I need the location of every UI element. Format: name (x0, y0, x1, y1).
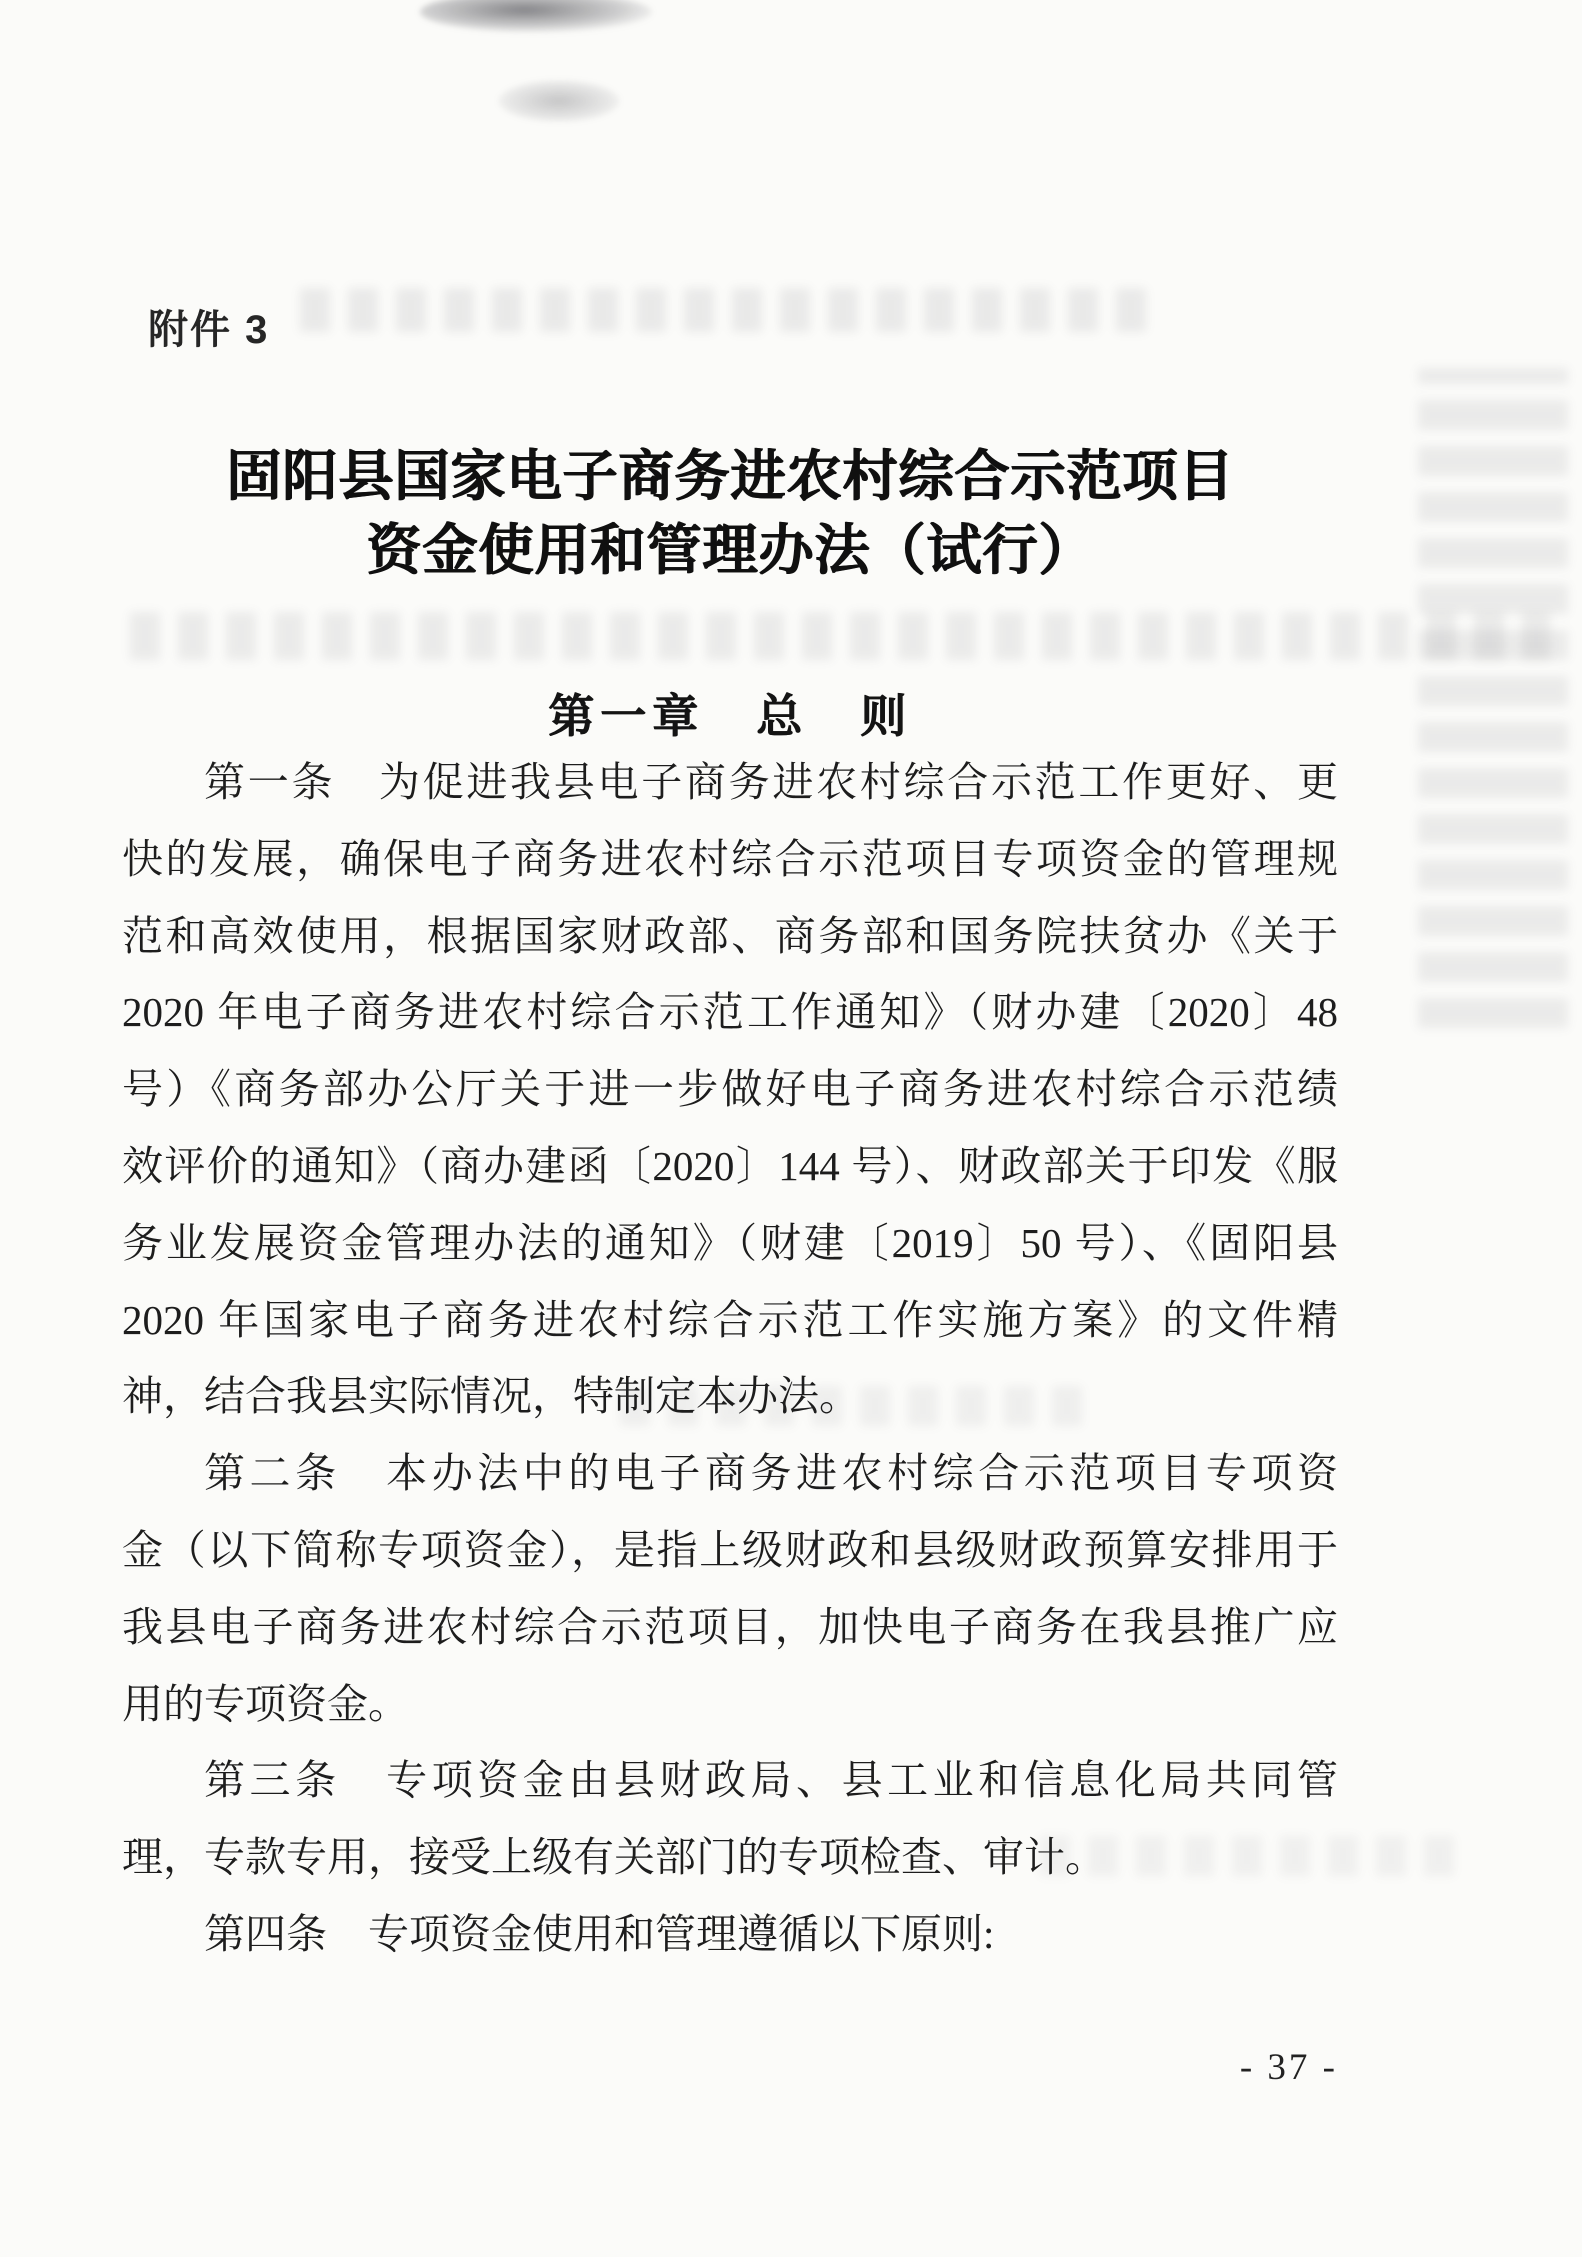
scanned-document-page: 附件 3 固阳县国家电子商务进农村综合示范项目 资金使用和管理办法（试行） 第一… (0, 0, 1582, 2257)
article-1-line-3: 范和高效使用，根据国家财政部、商务部和国务院扶贫办《关于 (122, 898, 1338, 975)
article-1-line-9: 神，结合我县实际情况，特制定本办法。 (122, 1358, 1338, 1435)
chapter-heading: 第一章 总 则 (122, 680, 1338, 746)
article-1-line-2: 快的发展，确保电子商务进农村综合示范项目专项资金的管理规 (122, 821, 1338, 898)
bleedthrough-artifact (1418, 368, 1568, 1028)
document-title-line-2: 资金使用和管理办法（试行） (122, 514, 1338, 588)
article-1-line-6: 效评价的通知》（商办建函〔2020〕144 号）、财政部关于印发《服 (122, 1128, 1338, 1205)
article-2-line-3: 我县电子商务进农村综合示范项目，加快电子商务在我县推广应 (122, 1589, 1338, 1666)
document-title: 固阳县国家电子商务进农村综合示范项目 资金使用和管理办法（试行） (122, 440, 1338, 588)
article-3-line-1: 第三条 专项资金由县财政局、县工业和信息化局共同管 (122, 1742, 1338, 1819)
bleedthrough-artifact (130, 612, 1550, 660)
article-2-line-4: 用的专项资金。 (122, 1666, 1338, 1743)
page-number: - 37 - (122, 2046, 1338, 2089)
scan-smudge-top (420, 0, 652, 32)
article-1-line-1: 第一条 为促进我县电子商务进农村综合示范工作更好、更 (122, 744, 1338, 821)
article-4-line-1: 第四条 专项资金使用和管理遵循以下原则: (122, 1896, 1338, 1973)
article-1-line-4: 2020 年电子商务进农村综合示范工作通知》（财办建〔2020〕48 (122, 974, 1338, 1051)
article-2-line-1: 第二条 本办法中的电子商务进农村综合示范项目专项资 (122, 1435, 1338, 1512)
bleedthrough-artifact (300, 288, 1160, 332)
scan-smudge-upper (498, 80, 620, 122)
document-body: 第一条 为促进我县电子商务进农村综合示范工作更好、更快的发展，确保电子商务进农村… (122, 744, 1338, 1973)
attachment-label: 附件 3 (148, 298, 269, 355)
article-1-line-5: 号）《商务部办公厅关于进一步做好电子商务进农村综合示范绩 (122, 1051, 1338, 1128)
document-title-line-1: 固阳县国家电子商务进农村综合示范项目 (122, 440, 1338, 514)
article-3-line-2: 理，专款专用，接受上级有关部门的专项检查、审计。 (122, 1819, 1338, 1896)
article-1-line-8: 2020 年国家电子商务进农村综合示范工作实施方案》的文件精 (122, 1282, 1338, 1359)
article-2-line-2: 金（以下简称专项资金），是指上级财政和县级财政预算安排用于 (122, 1512, 1338, 1589)
article-1-line-7: 务业发展资金管理办法的通知》（财建〔2019〕50 号）、《固阳县 (122, 1205, 1338, 1282)
